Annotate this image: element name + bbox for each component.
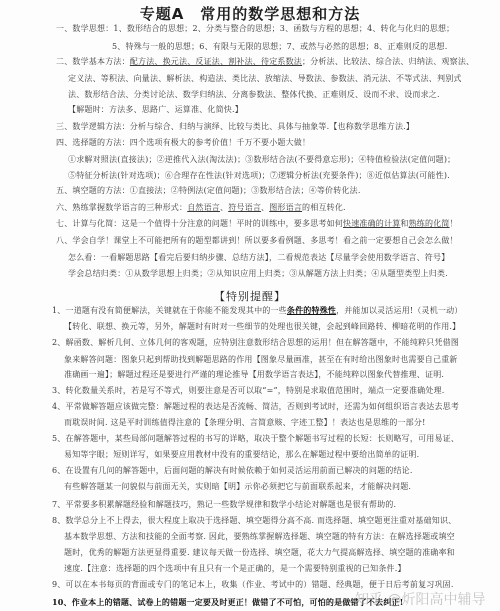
reminder-5-line-1: 5、在解答题中，某些局部问题解答过程的书写的详略，取决于整个解题书写过程的长短：… xyxy=(52,434,459,444)
section-1-line-2: 5、特殊与一般的思想；6、有限与无限的思想；7、或然与必然的思想；8、正难则反的… xyxy=(112,42,448,52)
graphic-language: 图形语言 xyxy=(269,203,302,212)
watermark: 知乎 @炘阳高中辅导 xyxy=(355,589,485,609)
reminder-4-line-2: 而耽误时间. 这是平时训练值得注意的【条理分明、言简意赅、字迹工整】！表达也是思… xyxy=(64,418,426,428)
reminder-1-suffix: ，并能加以灵活运用!（灵机一动） xyxy=(336,306,462,315)
reminder-4-line-1: 4、平常做解答题应该做完整：解题过程的表达是否流畅、简洁，否则到考试时，还需为如… xyxy=(52,402,459,412)
natural-language: 自然语言 xyxy=(187,203,220,212)
section-5: 五、填空题的方法：①直接法；②特例法(定值问题)；③数形结合法；④等价转化法. xyxy=(56,186,361,196)
section-8-line-3: 学会总结归类：①从数学思想上归类；②从知识应用上归类；③从解题方法上归类；④从题… xyxy=(68,269,448,279)
reminder-8-line-2: 基本数学思想、方法和技能的全面考察. 因此，要熟练掌握解选择题、填空题的特有方法… xyxy=(64,532,455,542)
section-8-line-1: 八、学会自学！课堂上不可能把所有的题型都讲到！所以要多看例题、多思考！看之前一定… xyxy=(56,236,458,246)
section-2-line-3: 法、数形结合法、分类讨论法、数学归纳法、分离参数法、整体代换、正难则反、设而不求… xyxy=(68,90,440,100)
reminder-8-line-3: 题时，优秀的解题方法更显得重要. 建议每天做一份选择、填空题，花大力气提高解选择… xyxy=(64,548,455,558)
section-2-underlined-methods: 配方法、换元法、反证法、割补法、待定系数法 xyxy=(130,57,302,66)
section-1-line-1: 一、数学思想：1、数形结合的思想；2、分类与整合的思想；3、函数与方程的思想；4… xyxy=(56,24,454,34)
section-2-rest: ；分析法、比较法、综合法、归纳法、观察法、 xyxy=(302,57,474,66)
reminder-1-line-1: 1、一道题有没有简便解法，关键就在于你能不能发现其中的一些条件的特殊性，并能加以… xyxy=(52,305,463,316)
separator: 、 xyxy=(220,203,228,212)
section-6: 六、熟练掌握数学语言的三种形式：自然语言、符号语言、图形语言的相互转化. xyxy=(56,203,346,213)
reminder-8-line-4: 速度.【注意：选择题的四个选项中有且只有一个是正确的，是一个需要特别重视的已知条… xyxy=(64,564,406,574)
reminder-6-line-1: 6、在设置有几问的解答题中，后面问题的解决有时候依赖于如何灵活运用前面已解决的问… xyxy=(52,466,413,476)
section-4-line-1: 四、选择题的方法：四个选项有极大的参考价值！千万不要小题大做！ xyxy=(56,138,310,148)
document-title: 专题A 常用的数学思想和方法 xyxy=(0,3,500,24)
reminder-3: 3、转化数量关系时，若是写不等式，则要注意是否可以取“=”，特别是求取值范围时，… xyxy=(52,386,445,396)
section-7-mid: 和 xyxy=(400,219,408,228)
reminder-1-line-2: 【转化、联想、换元等，另外，解题时有时对一些细节的处理也很关键，会起到峰回路转、… xyxy=(64,322,460,332)
section-2-line-2: 定义法、等积法、向量法、解析法、构造法、类比法、放缩法、导数法、参数法、消元法、… xyxy=(68,74,462,84)
reminder-6-line-2: 有些解答题某一问貌似与前面无关，实则暗【明】示你必须把它与前面联系起来，才能解决… xyxy=(64,482,411,492)
reminder-2-line-2: 象来解答问题：图象只起到帮助找到解题思路的作用【图象尽量画准，甚至在有时给出图象… xyxy=(64,355,458,365)
section-2-prefix: 二、数学基本方法： xyxy=(56,57,130,66)
reminder-2-line-1: 2、解函数、解析几何、立体几何的客观题，应特别注意数形结合思想的运用！但在解答题… xyxy=(52,338,459,348)
section-7-prefix: 七、计算与化简：这是一个值得十分注意的问题！平时的训练中，要多思考如何 xyxy=(56,219,343,228)
document-page: 专题A 常用的数学思想和方法 一、数学思想：1、数形结合的思想；2、分类与整合的… xyxy=(0,0,500,611)
section-6-prefix: 六、熟练掌握数学语言的三种形式： xyxy=(56,203,187,212)
special-reminder-heading: 【特别提醒】 xyxy=(0,288,500,304)
section-4-line-3: ⑤特征分析法(针对选项)；⑥合理存在性法(针对选项)；⑦逻辑分析法(充要条件)；… xyxy=(68,171,450,181)
reminder-2-line-3: 准确画一遍】；解题过程还是要进行严谨的理论推导【用数学语言表达】，不能纯粹以图象… xyxy=(64,370,444,380)
section-2-line-4: 【解题时：方法多、思路广、运算准、化简快.】 xyxy=(68,105,243,115)
section-6-suffix: 的相互转化. xyxy=(302,203,346,212)
symbolic-language: 符号语言 xyxy=(228,203,261,212)
reminder-8-line-1: 8、数学总分上不上得去，很大程度上取决于选择题、填空题得分高不高. 而选择题、填… xyxy=(52,516,456,526)
section-3: 三、数学逻辑方法：分析与综合、归纳与演绎、比较与类比、具体与抽象等.【也称数学思… xyxy=(56,122,414,132)
reminder-10: 10、作业本上的错题、试卷上的错题一定要及时更正！做错了不可怕，可怕的是做错了不… xyxy=(52,597,403,607)
skilled-simplification: 熟练的化简 xyxy=(409,219,450,228)
section-7-suffix: ！ xyxy=(450,219,458,228)
section-4-line-2: ①求解对照法(直接法)；②逆推代入法(淘汰法)；③数形结合法(不要得意忘形)；④… xyxy=(68,155,455,165)
reminder-7: 7、平常要多积累解题经验和解题技巧，熟记一些数学规律和数学小结论对解题也是很有帮… xyxy=(52,500,396,510)
section-7: 七、计算与化简：这是一个值得十分注意的问题！平时的训练中，要多思考如何快速准确的… xyxy=(56,219,458,229)
separator: 、 xyxy=(261,203,269,212)
reminder-1-emphasis: 条件的特殊性 xyxy=(287,305,336,315)
section-8-line-2: 怎么看：一看解题思路【看完后要归纳步骤、总结方法】，二看规范表达【尽量学会使用数… xyxy=(68,253,449,263)
reminder-1-prefix: 1、一道题有没有简便解法，关键就在于你能不能发现其中的一些 xyxy=(52,306,287,315)
fast-accurate-calculation: 快速准确的计算 xyxy=(343,219,400,228)
reminder-5-line-2: 易知等字眼；短则详写，如果要应用教材中没有的重要结论，那么在解题过程中要给出简单… xyxy=(64,450,419,460)
section-2-line-1: 二、数学基本方法：配方法、换元法、反证法、割补法、待定系数法；分析法、比较法、综… xyxy=(56,57,474,67)
